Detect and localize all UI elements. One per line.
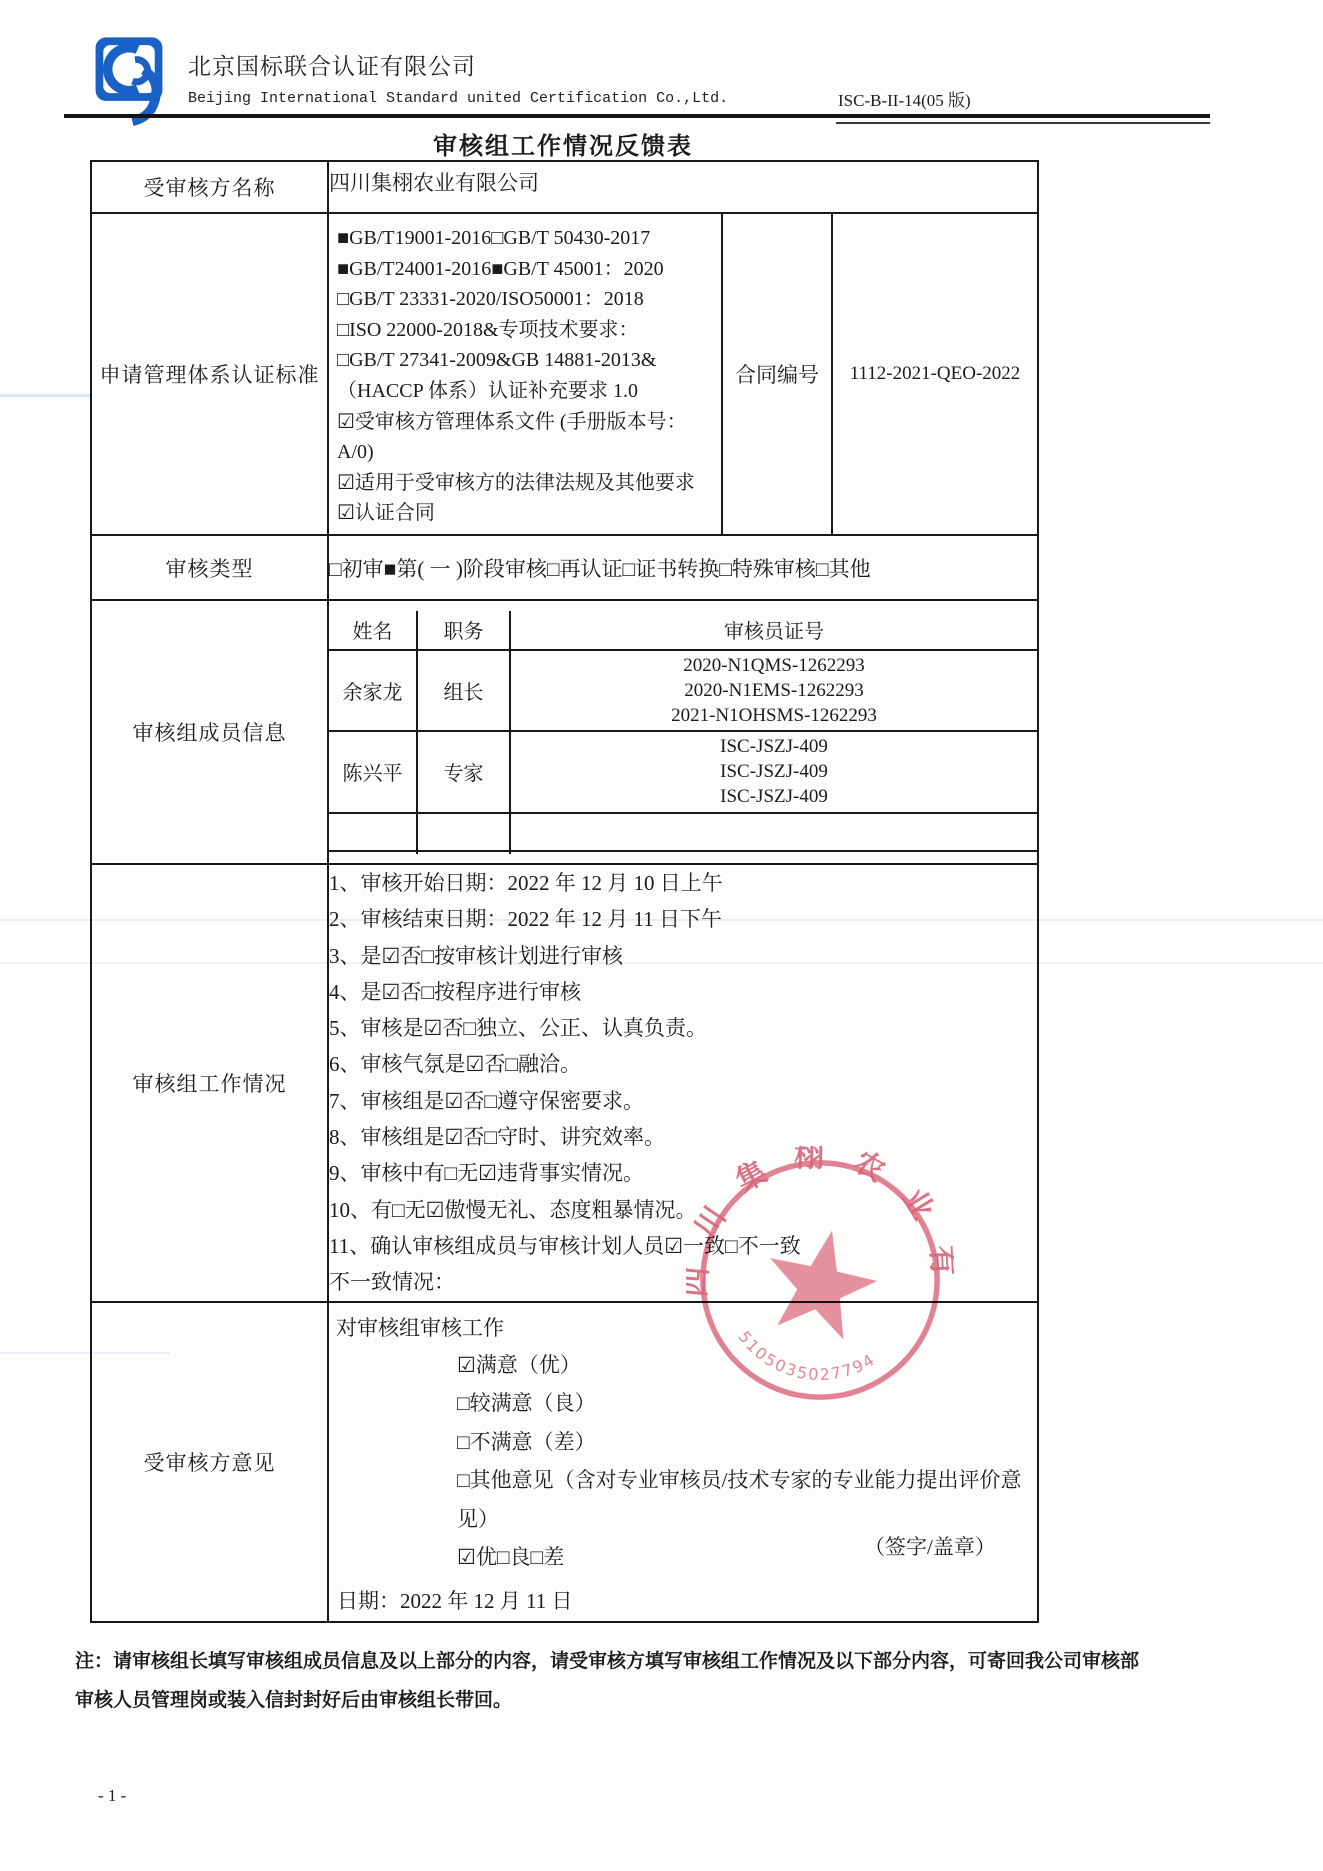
team-header-name: 姓名 — [329, 611, 417, 650]
scanned-form-page: 北京国标联合认证有限公司 Beijing International Stand… — [0, 0, 1323, 1871]
work-item: 7、审核组是☑否□遵守保密要求。 — [329, 1083, 1037, 1119]
auditee-name-value: 四川集栩农业有限公司 — [328, 161, 1038, 213]
team-header-role: 职务 — [417, 611, 510, 650]
team-header-row: 姓名 职务 审核员证号 — [329, 611, 1037, 650]
signature-stamp-label: （签字/盖章） — [864, 1531, 996, 1561]
table-row-empty — [329, 813, 1037, 851]
team-members-table: 姓名 职务 审核员证号 余家龙 组长 2020-N1QMS-1262293 20… — [329, 611, 1037, 854]
standard-line: ■GB/T24001-2016■GB/T 45001：2020 — [337, 254, 719, 285]
cert-number: ISC-JSZJ-409 — [512, 759, 1036, 784]
standard-line: □GB/T 23331-2020/ISO50001：2018 — [337, 284, 719, 315]
audit-type-row: 审核类型 □初审■第( 一 )阶段审核□再认证□证书转换□特殊审核□其他 — [91, 535, 1038, 600]
table-row-empty — [329, 851, 1037, 854]
standard-line: ☑受审核方管理体系文件 (手册版本号：A/0) — [337, 407, 719, 468]
seal-star-icon — [757, 1219, 886, 1344]
member-role: 组长 — [417, 650, 510, 731]
auditee-name-label: 受审核方名称 — [91, 161, 328, 213]
standard-line: ■GB/T19001-2016□GB/T 50430-2017 — [337, 223, 719, 254]
cert-number: ISC-JSZJ-409 — [512, 784, 1036, 809]
header-divider — [64, 114, 1210, 118]
cert-number: 2021-N1OHSMS-1262293 — [512, 703, 1036, 728]
cert-number: 2020-N1EMS-1262293 — [512, 678, 1036, 703]
standard-line: ☑适用于受审核方的法律法规及其他要求 — [337, 468, 719, 499]
team-members-row: 审核组成员信息 姓名 职务 审核员证号 余家龙 组长 — [91, 600, 1038, 864]
footer-note-line1: 注：请审核组长填写审核组成员信息及以上部分的内容，请受审核方填写审核组工作情况及… — [75, 1642, 1275, 1681]
standard-line: □GB/T 27341-2009&GB 14881-2013&（HACCP 体系… — [337, 345, 719, 406]
member-certs: 2020-N1QMS-1262293 2020-N1EMS-1262293 20… — [510, 650, 1037, 731]
form-code: ISC-B-II-14(05 版) — [838, 86, 971, 111]
page-number: - 1 - — [98, 1786, 126, 1806]
audit-type-value: □初审■第( 一 )阶段审核□再认证□证书转换□特殊审核□其他 — [328, 535, 1038, 600]
member-role: 专家 — [417, 731, 510, 813]
opinion-option: □不满意（差） — [329, 1423, 1037, 1462]
auditee-name-row: 受审核方名称 四川集栩农业有限公司 — [91, 161, 1038, 213]
auditee-opinion-label: 受审核方意见 — [91, 1302, 328, 1622]
work-item: 4、是☑否□按程序进行审核 — [329, 974, 1037, 1010]
standards-checklist: ■GB/T19001-2016□GB/T 50430-2017 ■GB/T240… — [329, 214, 721, 534]
standard-line: □ISO 22000-2018&专项技术要求： — [337, 315, 719, 346]
company-name-english: Beijing International Standard united Ce… — [188, 90, 728, 107]
footer-note: 注：请审核组长填写审核组成员信息及以上部分的内容，请受审核方填写审核组工作情况及… — [75, 1642, 1275, 1720]
scan-artifact-line — [0, 394, 92, 397]
header-divider-secondary — [836, 122, 1210, 124]
certification-company-logo-icon — [92, 34, 178, 135]
table-row: 陈兴平 专家 ISC-JSZJ-409 ISC-JSZJ-409 ISC-JSZ… — [329, 731, 1037, 813]
cert-number: ISC-JSZJ-409 — [512, 734, 1036, 759]
opinion-option: □其他意见（含对专业审核员/技术专家的专业能力提出评价意见） — [329, 1461, 1037, 1538]
audit-type-label: 审核类型 — [91, 535, 328, 600]
work-item: 2、审核结束日期：2022 年 12 月 11 日下午 — [329, 901, 1037, 937]
work-item: 1、审核开始日期：2022 年 12 月 10 日上午 — [329, 865, 1037, 901]
contract-number-value: 1112-2021-QEO-2022 — [831, 214, 1037, 534]
cert-number: 2020-N1QMS-1262293 — [512, 653, 1036, 678]
standard-line: ☑认证合同 — [337, 498, 719, 529]
document-title: 审核组工作情况反馈表 — [0, 126, 1126, 161]
work-item: 3、是☑否□按审核计划进行审核 — [329, 938, 1037, 974]
table-row: 余家龙 组长 2020-N1QMS-1262293 2020-N1EMS-126… — [329, 650, 1037, 731]
opinion-date: 日期：2022 年 12 月 11 日 — [337, 1585, 572, 1615]
work-item: 6、审核气氛是☑否□融洽。 — [329, 1046, 1037, 1082]
company-name-chinese: 北京国标联合认证有限公司 — [188, 48, 476, 81]
standards-label: 申请管理体系认证标准 — [91, 213, 328, 535]
standards-row: 申请管理体系认证标准 ■GB/T19001-2016□GB/T 50430-20… — [91, 213, 1038, 535]
footer-note-line2: 审核人员管理岗或装入信封封好后由审核组长带回。 — [75, 1681, 1275, 1720]
team-header-cert: 审核员证号 — [510, 611, 1037, 650]
member-name: 余家龙 — [329, 650, 417, 731]
member-name: 陈兴平 — [329, 731, 417, 813]
work-item: 5、审核是☑否□独立、公正、认真负责。 — [329, 1010, 1037, 1046]
contract-number-label: 合同编号 — [721, 214, 831, 534]
company-seal-stamp: 四川集栩农业有限公司 5105035027794 — [686, 1146, 954, 1414]
team-members-label: 审核组成员信息 — [91, 600, 328, 864]
work-situation-label: 审核组工作情况 — [91, 864, 328, 1302]
member-certs: ISC-JSZJ-409 ISC-JSZJ-409 ISC-JSZJ-409 — [510, 731, 1037, 813]
